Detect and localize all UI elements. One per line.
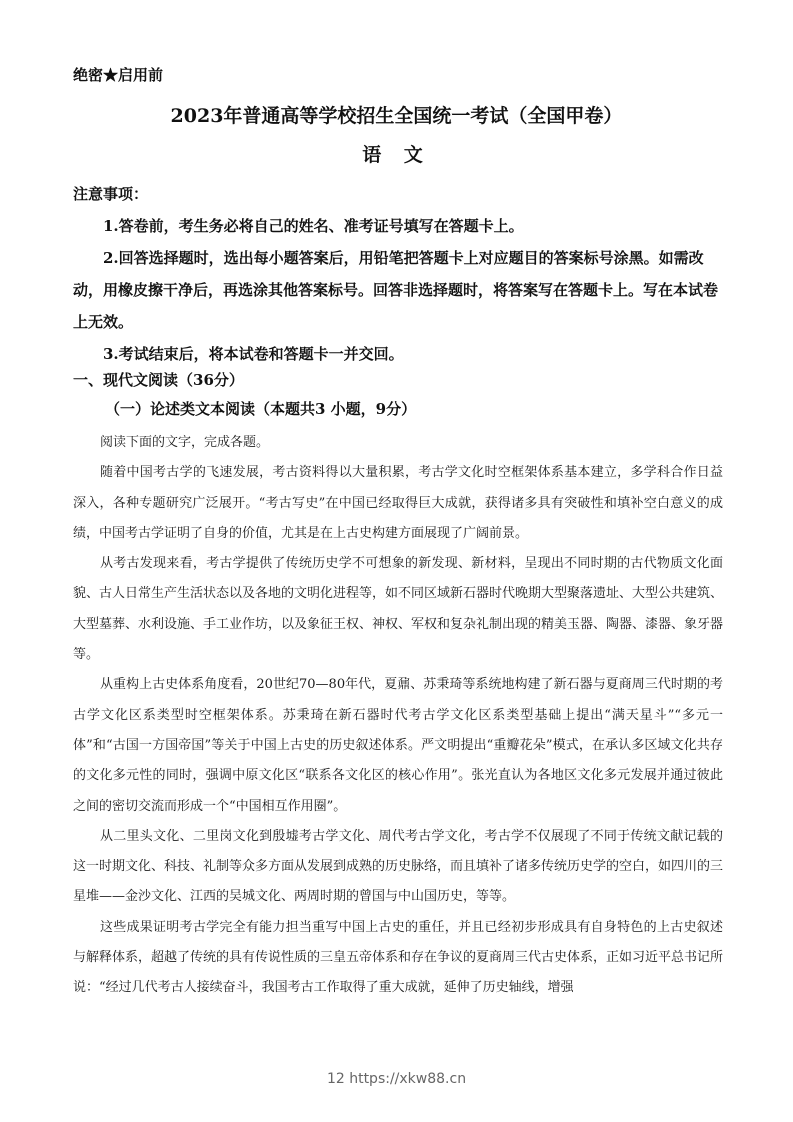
page-footer: 12 https://xkw88.cn bbox=[0, 1071, 793, 1087]
passage-paragraph: 随着中国考古学的飞速发展，考古资料得以大量积累，考古学文化时空框架体系基本建立，… bbox=[73, 458, 723, 549]
exam-title: 2023年普通高等学校招生全国统一考试（全国甲卷） bbox=[0, 101, 793, 128]
notes-heading: 注意事项： bbox=[73, 178, 723, 210]
passage-paragraph: 这些成果证明考古学完全有能力担当重写中国上古史的重任，并且已经初步形成具有自身特… bbox=[73, 913, 723, 1004]
note-item: 2.回答选择题时，选出每小题答案后，用铅笔把答题卡上对应题目的答案标号涂黑。如需… bbox=[73, 242, 723, 338]
exam-notes: 注意事项： 1.答卷前，考生务必将自己的姓名、准考证号填写在答题卡上。 2.回答… bbox=[73, 178, 723, 370]
passage-paragraph: 从考古发现来看，考古学提供了传统历史学不可想象的新发现、新材料，呈现出不同时期的… bbox=[73, 549, 723, 670]
note-item: 1.答卷前，考生务必将自己的姓名、准考证号填写在答题卡上。 bbox=[73, 210, 723, 242]
subsection-heading: （一）论述类文本阅读（本题共3 小题，9分） bbox=[105, 398, 416, 419]
confidential-label: 绝密★启用前 bbox=[73, 64, 163, 85]
passage-paragraph: 从二里头文化、二里岗文化到殷墟考古学文化、周代考古学文化，考古学不仅展现了不同于… bbox=[73, 822, 723, 913]
passage-instruction: 阅读下面的文字，完成各题。 bbox=[73, 428, 723, 458]
subject-title: 语 文 bbox=[0, 140, 793, 167]
exam-page: 绝密★启用前 2023年普通高等学校招生全国统一考试（全国甲卷） 语 文 注意事… bbox=[0, 0, 793, 1122]
passage-paragraph: 从重构上古史体系角度看，20世纪70—80年代，夏鼐、苏秉琦等系统地构建了新石器… bbox=[73, 670, 723, 821]
note-item: 3.考试结束后，将本试卷和答题卡一并交回。 bbox=[73, 338, 723, 370]
reading-passage: 阅读下面的文字，完成各题。 随着中国考古学的飞速发展，考古资料得以大量积累，考古… bbox=[73, 428, 723, 1004]
section-heading: 一、现代文阅读（36分） bbox=[73, 369, 244, 390]
